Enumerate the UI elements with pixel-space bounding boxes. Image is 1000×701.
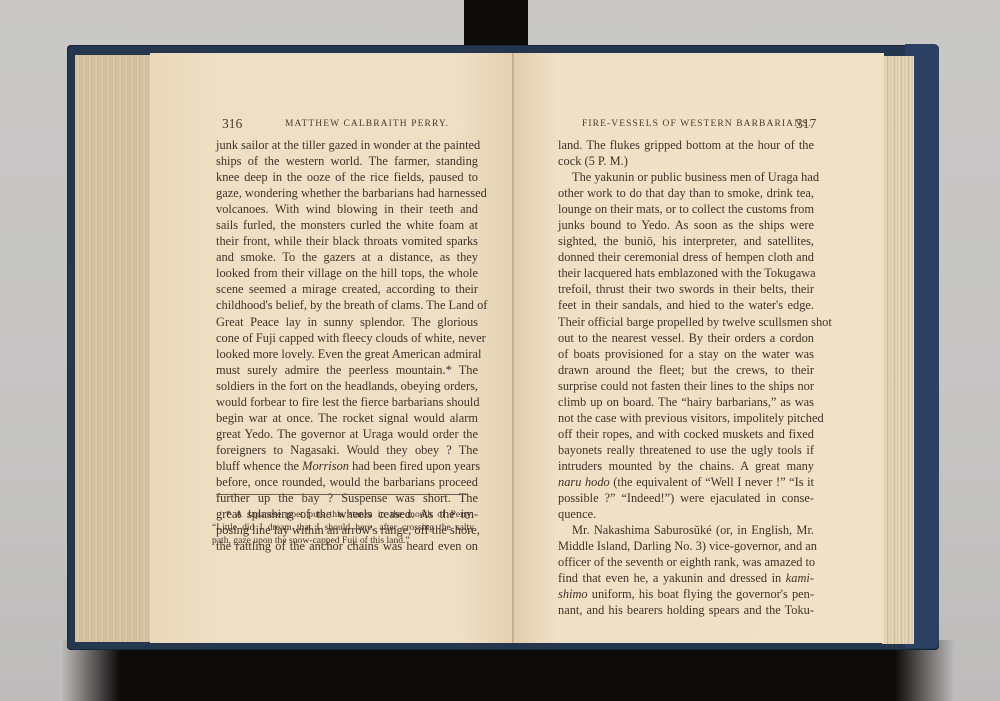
text-line: feet in their sandals, and hied to the w… <box>558 297 814 313</box>
text-line: of boats provisioned for a stay on the w… <box>558 346 814 362</box>
text-line: intruders mounted by the chains. A great… <box>558 458 814 474</box>
text-line: cock (5 P. M.) <box>558 153 814 169</box>
text-line: Great Peace lay in sunny splendor. The g… <box>216 314 478 330</box>
text-line: Their official barge propelled by twelve… <box>558 314 814 330</box>
running-head: FIRE-VESSELS OF WESTERN BARBARIANS. <box>582 119 812 129</box>
text-line: and smoke. To the gazers at a distance, … <box>216 249 478 265</box>
text-line: donned their ceremonial dress of hempen … <box>558 249 814 265</box>
text-line: nant, and his bearers holding spears and… <box>558 602 814 618</box>
text-line: cone of Fuji capped with fleecy clouds o… <box>216 330 478 346</box>
text-line: bayonets really threatened to use the ug… <box>558 442 814 458</box>
page-number: 317 <box>796 116 816 132</box>
text-line: gaze, wondering whether the barbarians h… <box>216 185 478 201</box>
text-line: * A Japanese poet puts this stanza in th… <box>212 508 474 521</box>
text-line: their lacquered hats emblazoned with the… <box>558 265 814 281</box>
right-page: FIRE-VESSELS OF WESTERN BARBARIANS. 317 … <box>514 53 884 643</box>
text-line: great Yedo. The governor at Uraga would … <box>216 426 478 442</box>
page-edges-left <box>75 55 153 642</box>
text-line: ships of the western world. The farmer, … <box>216 153 478 169</box>
text-line: possible ?” “Indeed!”) were ejaculated i… <box>558 490 814 506</box>
text-line: climb up on board. The “hairy barbarians… <box>558 394 814 410</box>
text-line: childhood's belief, by the breath of cla… <box>216 297 478 313</box>
footnote-rule <box>216 494 468 495</box>
book-strap <box>464 0 528 50</box>
body-text: land. The flukes gripped bottom at the h… <box>558 137 814 618</box>
text-line: further up the bay ? Suspense was short.… <box>216 490 478 506</box>
text-line: junks bound to Yedo. As soon as the ship… <box>558 217 814 233</box>
text-line: volcanoes. With wind blowing in their te… <box>216 201 478 217</box>
text-line: bluff whence the Morrison had been fired… <box>216 458 478 474</box>
page-edges-right <box>882 56 914 644</box>
running-head: MATTHEW CALBRAITH PERRY. <box>285 119 449 129</box>
text-line: surprise could not fasten their lines to… <box>558 378 814 394</box>
text-line: naru hodo (the equivalent of “Well I nev… <box>558 474 814 490</box>
left-page: 316 MATTHEW CALBRAITH PERRY. junk sailor… <box>150 53 514 643</box>
text-line: soldiers in the fort on the headlands, o… <box>216 378 478 394</box>
text-line: land. The flukes gripped bottom at the h… <box>558 137 814 153</box>
text-line: lounge on their mats, or to collect the … <box>558 201 814 217</box>
text-line: officer of the seventh or eighth rank, w… <box>558 554 814 570</box>
page-number: 316 <box>222 116 242 132</box>
text-line: out to the nearest vessel. By their orde… <box>558 330 814 346</box>
text-line: The yakunin or public business men of Ur… <box>558 169 814 185</box>
text-line: must surely admire the peerless mountain… <box>216 362 478 378</box>
text-line: drawn around the fleet; but the crews, t… <box>558 362 814 378</box>
text-line: off their ropes, and with cocked muskets… <box>558 426 814 442</box>
text-line: looked from their village on the hill to… <box>216 265 478 281</box>
text-line: sighted, the buniō, his interpreter, an… <box>558 233 814 249</box>
text-line: path, gaze upon the snow-capped Fuji of … <box>212 534 474 547</box>
text-line: begin war at once. The rocket signal wou… <box>216 410 478 426</box>
text-line: junk sailor at the tiller gazed in wonde… <box>216 137 478 153</box>
text-line: Mr. Nakashima Saburosŭké (or, in Engli… <box>558 522 814 538</box>
text-line: scene seemed a mirage created, according… <box>216 281 478 297</box>
text-line: “Little did I dream that I should here, … <box>212 521 474 534</box>
text-line: find that even he, a yakunin and dressed… <box>558 570 814 586</box>
body-text: junk sailor at the tiller gazed in wonde… <box>216 137 478 554</box>
text-line: their front, while their black throats v… <box>216 233 478 249</box>
text-line: looked more lovely. Even the great Ameri… <box>216 346 478 362</box>
text-line: would forbear to fire lest the fierce ba… <box>216 394 478 410</box>
text-line: knee deep in the ooze of the rice fields… <box>216 169 478 185</box>
footnote: * A Japanese poet puts this stanza in th… <box>212 508 474 547</box>
text-line: Middle Island, Darling No. 3) vice-gover… <box>558 538 814 554</box>
text-line: trefoil, thrust their two swords in thei… <box>558 281 814 297</box>
text-line: quence. <box>558 506 814 522</box>
text-line: sails furled, the monsters curled the wh… <box>216 217 478 233</box>
text-line: other work to do that day than to smoke,… <box>558 185 814 201</box>
text-line: foreigners to Nagasaki. Would they obey … <box>216 442 478 458</box>
text-line: before, once rounded, would the barbaria… <box>216 474 478 490</box>
text-line: not the case with previous visitors, imp… <box>558 410 814 426</box>
text-line: shimo uniform, his boat flying the gover… <box>558 586 814 602</box>
